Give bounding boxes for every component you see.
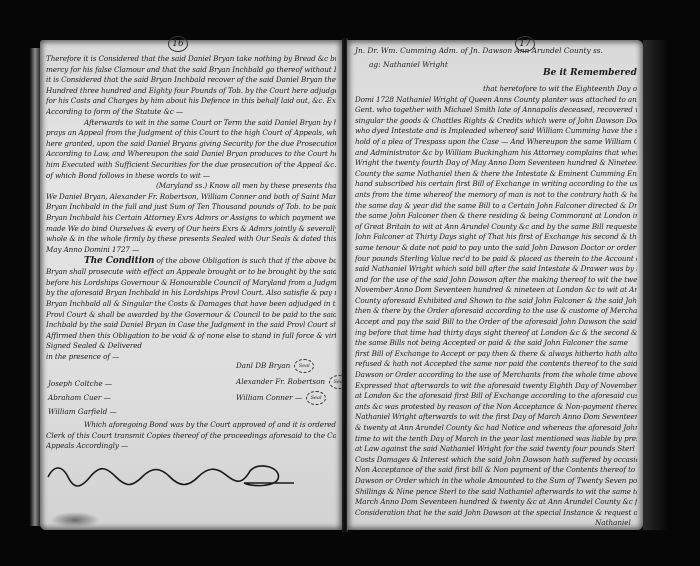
text-line: Wright the twenty fourth Day of May Anno… [355,158,637,169]
text-line: Provl Court & shall be awarded by the Go… [46,310,336,321]
text-line: four pounds Sterling Value rec'd to be p… [355,254,637,265]
text-line: prays an Appeal from the Judgment of thi… [46,128,336,139]
text-line: ants from the time whereof the memory of… [355,190,637,201]
signatory-name: Alexander Fr. Robertson [236,377,325,386]
text-line: We Daniel Bryan, Alexander Fr. Robertson… [46,192,336,203]
text-line: John Falconer at Thirty Days sight of Th… [355,232,637,243]
text-line: Which aforegoing Bond was by the Court a… [46,420,336,431]
signatory-name: William Conner — [236,393,302,402]
text-line: Bryan Inchbald his Certain Attorney Exrs… [46,213,336,224]
page-stain [50,512,100,528]
text-line: Nathaniel Wright afterwards to wit the f… [355,412,637,423]
text-line: here granted, upon the said Daniel Bryan… [46,139,336,150]
text-line: Shillings & Nine pence Sterl to the said… [355,487,637,498]
text-line: Dawson or Order which in the whole Amoun… [355,476,637,487]
text-line: the same day & year did the same Bill to… [355,201,637,212]
text-line: Costs Damages & Interest which the said … [355,455,637,466]
signatory-list: Danl DB BryanSeal Alexander Fr. Robertso… [236,358,349,406]
wax-seal-icon: Seal [306,391,326,405]
condition-heading: The Condition [84,256,154,266]
text-line: the same John Falconer then & there resi… [355,211,637,222]
text-line: Bryan shall prosecute with effect an App… [46,267,336,278]
volume-edge [643,40,667,530]
text-line: that heretofore to wit the Eighteenth Da… [355,84,637,95]
text-line: March Anno Dom Seventeen hundred & twent… [355,497,637,508]
text-line: Affirmed then this Obligation to be void… [46,331,336,342]
scribal-flourish-icon [46,463,296,493]
text-line: Therefore it is Considered that the said… [46,54,336,65]
folio-number: 16 [168,36,188,52]
wax-seal-icon: Seal [294,359,314,373]
text-line: Expressed that afterwards to wit the afo… [355,381,637,392]
text-line: it is Considered that the said Bryan Inc… [46,75,336,86]
text-line: said Nathaniel Wright which said bill af… [355,264,637,275]
text-line: According to Law, and Whereupon the said… [46,149,336,160]
margin-header: ag: Nathaniel Wright [369,60,448,69]
text-line: Dawson or Order according to the use of … [355,370,637,381]
text-line: then & there by the Order aforesaid acco… [355,306,637,317]
text-line: Accept and pay the said Bill to the Orde… [355,317,637,328]
witness-list: Joseph Coltche — Abraham Cuer — William … [48,376,117,420]
text-line: County aforesaid Exhibited and Shown to … [355,296,637,307]
text-line: County the same Nathaniel then & there t… [355,169,637,180]
text-line: at Law against the said Nathaniel Wright… [355,444,637,455]
text-line: and Administrator &c by William Buckingh… [355,148,637,159]
text-line: time to wit the tenth Day of March in th… [355,434,637,445]
text-line: Inchbald by the said Daniel Bryan in Cas… [46,320,336,331]
text-line: Bryan Inchbald in the full and just Sum … [46,202,336,213]
text-line: Domi 1728 Nathaniel Wright of Queen Anns… [355,95,637,106]
left-page: 16 Therefore it is Considered that the s… [40,40,342,530]
text-line: Afterwards to wit in the same Court or T… [46,118,336,129]
text-line: him Executed with Sufficient Securities … [46,160,336,171]
text-line: who dyed Intestate and is Impleaded wher… [355,126,637,137]
text-line: Appeals Accordingly — [46,441,336,452]
text-line: the same Bills not being Accepted or pai… [355,338,637,349]
text-line: first Bill of Exchange to Accept or pay … [355,349,637,360]
text-line: same tenour & date not paid to pay unto … [355,243,637,254]
catchword: Nathaniel [595,518,631,527]
text-line: Signed Sealed & Delivered [46,341,336,352]
text-line: May Anno Domini 1727 — [46,245,336,256]
microfilm-scan: 16 Therefore it is Considered that the s… [0,0,700,566]
text-line: singular the goods & Chattles Rights & C… [355,116,637,127]
text-line: Hundred three hundred and Eighty four Po… [46,86,336,97]
text-line: According to form of the Statute &c — [46,107,336,118]
text-line: hold of a plea of Trespass upon the Case… [355,137,637,148]
signatory-name: Danl DB Bryan [236,361,290,370]
closing-text: Which aforegoing Bond was by the Court a… [46,420,336,452]
text-line: ing before that time had thirty days sig… [355,328,637,339]
text-line: Clerk of this Court transmit Copies ther… [46,431,336,442]
text-line: at London &c the aforesaid first Bill of… [355,391,637,402]
be-it-remembered-heading: Be it Remembered [543,68,637,78]
text-line: hand subscribed his certain first Bill o… [355,179,637,190]
text-line: made We do bind Ourselves & every of Our… [46,224,336,235]
witness-name: Abraham Cuer — [48,392,117,404]
text-line: Consideration that he the said John Daws… [355,508,637,519]
text-line: mercy for his false Clamour and that the… [46,65,336,76]
text-line: and for the use of the said John Dawson … [355,275,637,286]
margin-header: Jn. Dr. Wm. Cumming Adm. of Jn. Dawson A… [355,46,603,55]
text-line: whole & in the whole firmly by these pre… [46,234,336,245]
text-line: by the aforesaid Bryan Inchbald in his L… [46,288,336,299]
text-line: November Anno Dom Seventeen hundred & ni… [355,285,637,296]
text-line: Non Acceptance of the said first bill & … [355,465,637,476]
text-line: refused & hath not Accepted the same nor… [355,359,637,370]
volume-edge [30,48,40,526]
left-page-text: Therefore it is Considered that the said… [46,54,336,363]
text-line: of which Bond follows in these words to … [46,171,336,182]
witness-name: Joseph Coltche — [48,376,117,392]
bond-heading: (Maryland ss.) Know all men by these pre… [46,181,336,192]
text-line: Bryan Inchbald all & Singular the Costs … [46,299,336,310]
text-line: before his Lordships Governour & Honoura… [46,278,336,289]
text-line: of the above Obligation is such that if … [157,256,336,265]
text-line: for his Costs and Charges by him about h… [46,96,336,107]
text-line: Gent. who together with Michael Smith la… [355,105,637,116]
text-line: & twenty at Ann Arundel County &c had No… [355,423,637,434]
text-line: of Great Britain to wit at Ann Arundel C… [355,222,637,233]
witness-name: William Garfield — [48,404,117,420]
text-line: ants &c was protested by reason of the N… [355,402,637,413]
right-page: 17 Jn. Dr. Wm. Cumming Adm. of Jn. Dawso… [347,40,643,530]
right-page-text: that heretofore to wit the Eighteenth Da… [355,84,637,518]
